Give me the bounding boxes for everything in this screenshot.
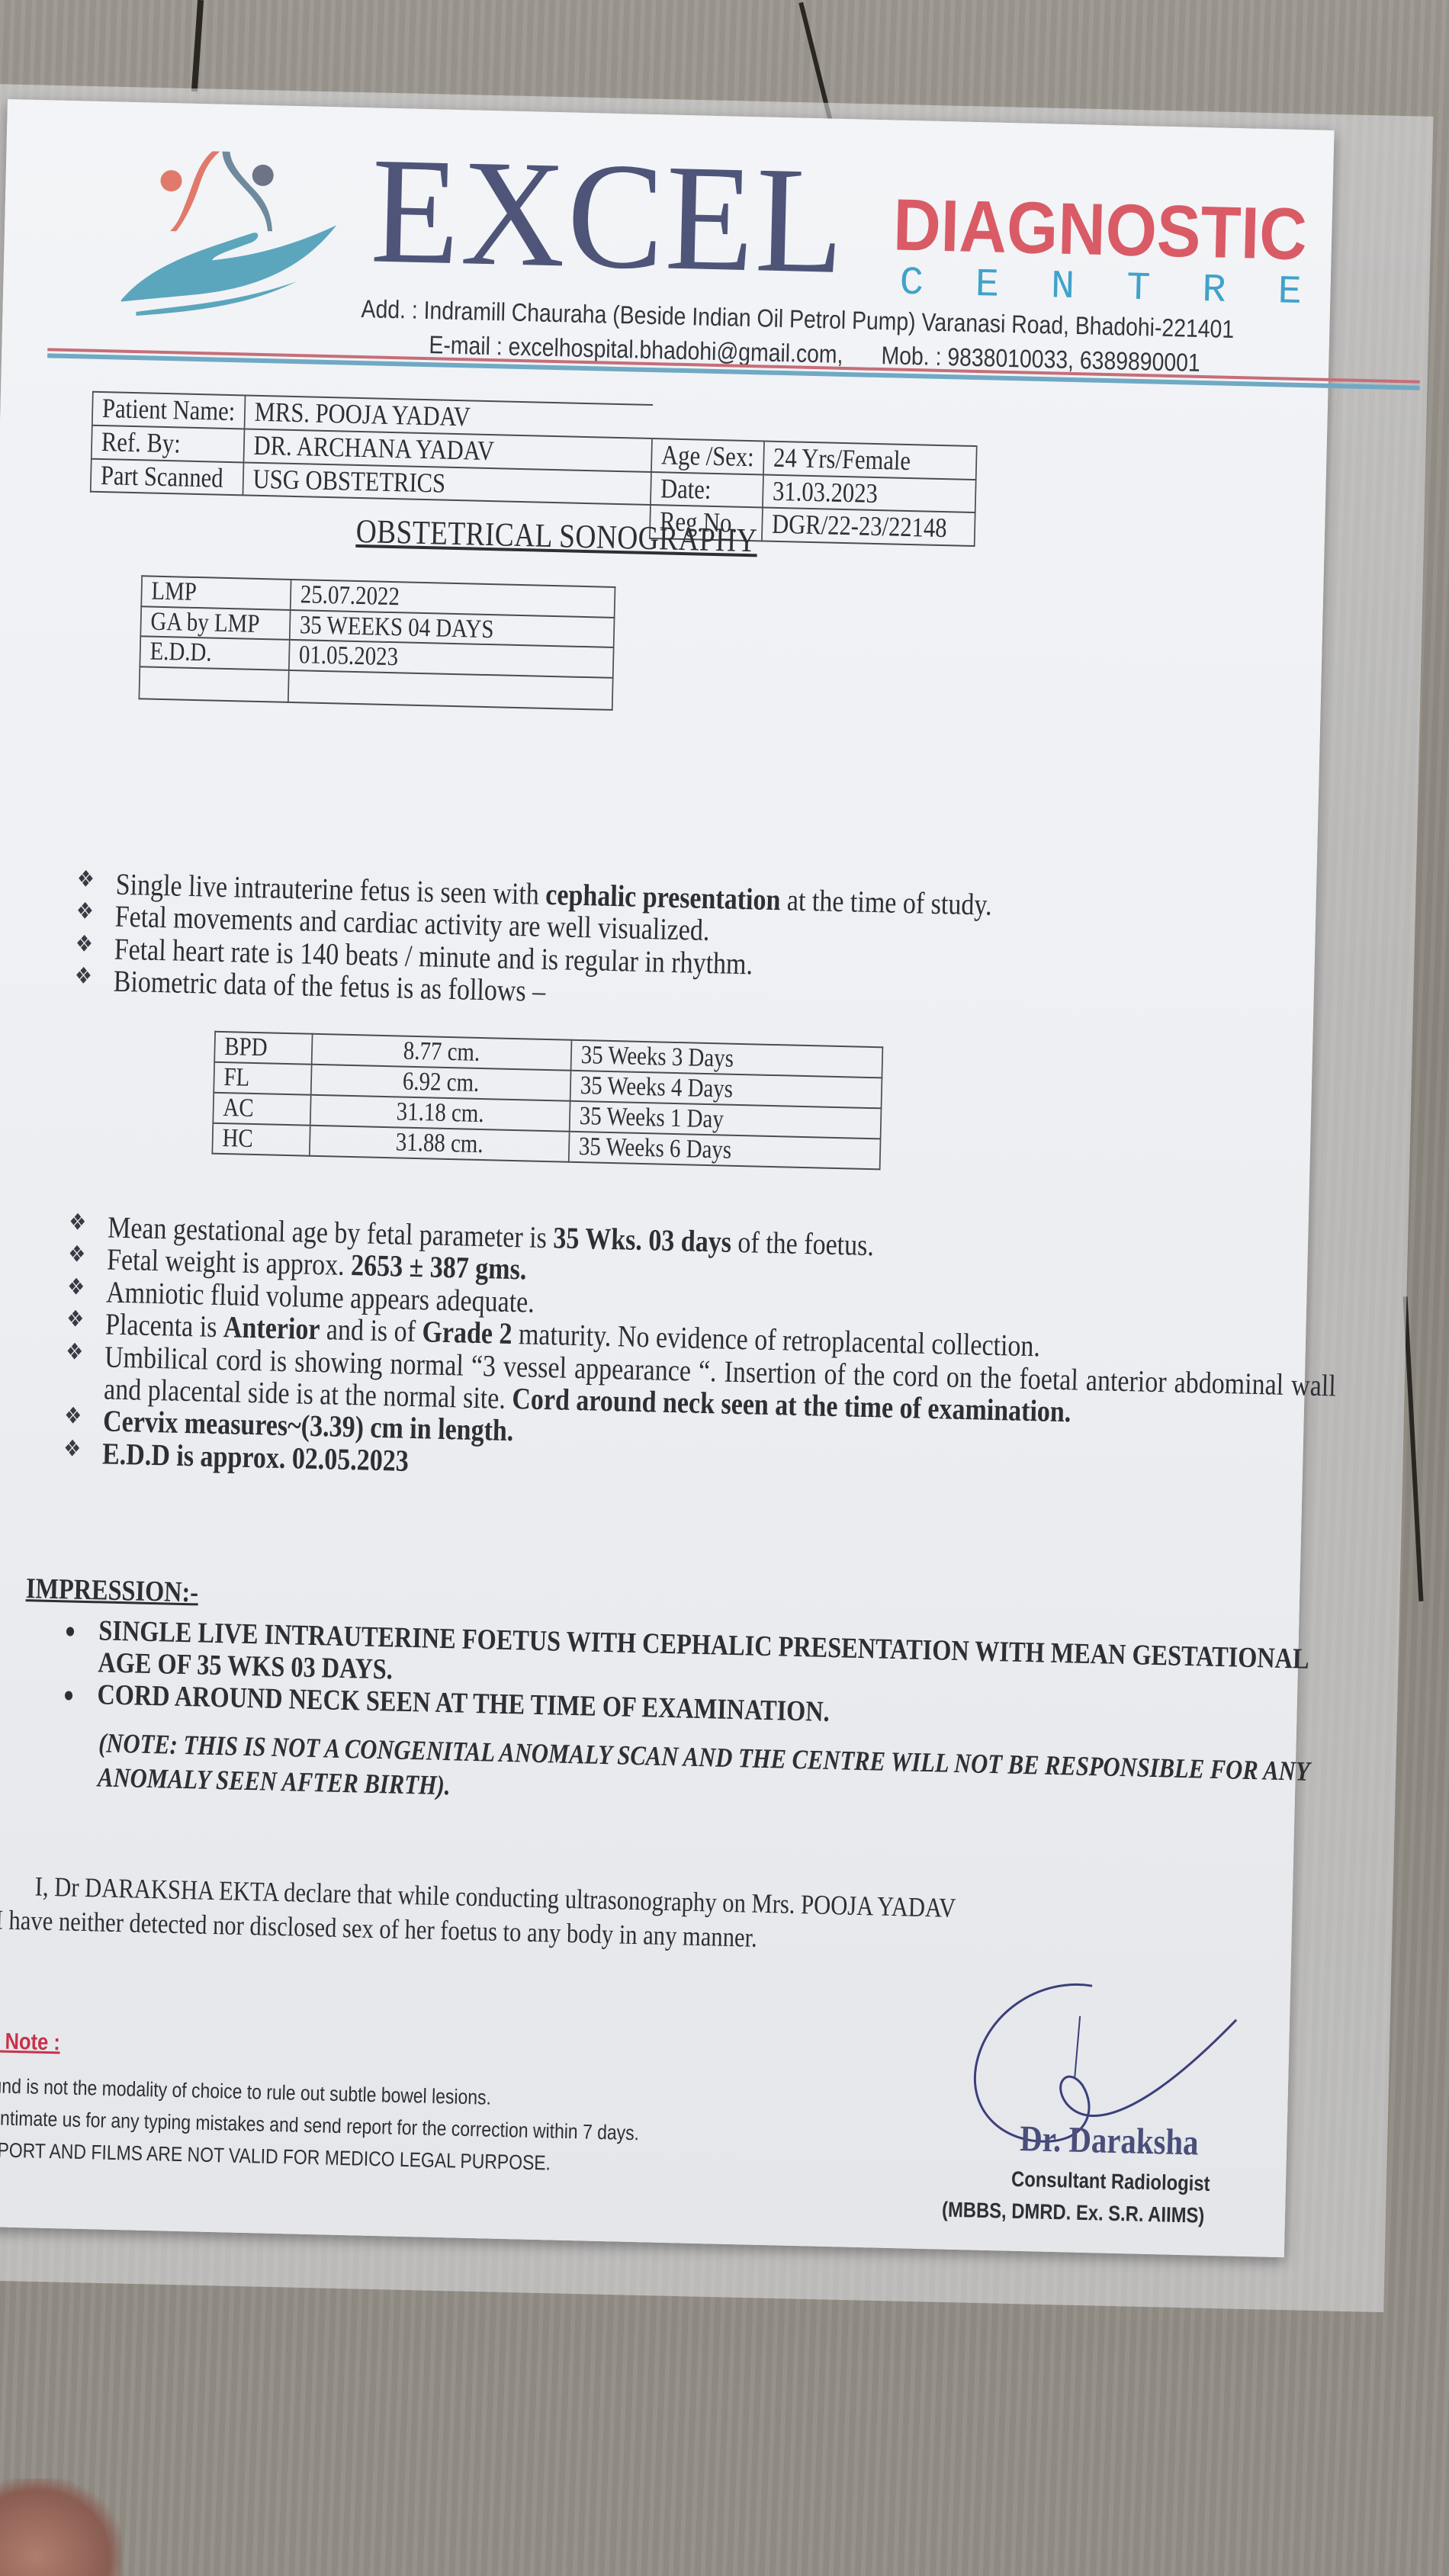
diamond-bullet-icon: ❖ [66,1307,85,1331]
wood-crack [191,0,204,92]
ga-label: GA by LMP [140,606,290,640]
part-scanned-label: Part Scanned [91,458,244,495]
radiologist-role: Consultant Radiologist [1011,2167,1210,2196]
diamond-bullet-icon: ❖ [68,1243,86,1267]
edd-label: E.D.D. [140,637,289,670]
brand-centre: CENTRE [899,264,1354,314]
diamond-bullet-icon: ❖ [67,1275,85,1299]
disclaimer-note: (NOTE: THIS IS NOT A CONGENITAL ANOMALY … [98,1726,1370,1824]
report-page: EXCEL DIAGNOSTIC CENTRE Add. : Indramill… [0,99,1335,2257]
logo-icon [105,132,361,329]
pcpndt-declaration: I, Dr DARAKSHA EKTA declare that while c… [0,1868,1325,1968]
reg-no: DGR/22-23/22148 [762,508,975,546]
kindly-note-heading: indly Note : [0,2028,60,2056]
diamond-bullet-icon: ❖ [64,1405,82,1429]
radiologist-name: Dr. Daraksha [1020,2118,1199,2164]
findings-list-bottom: ❖Mean gestational age by fetal parameter… [63,1210,1398,1500]
wood-crack [1403,1296,1424,1601]
brand-subtitle: DIAGNOSTIC [892,188,1308,271]
diamond-bullet-icon: ❖ [63,1437,82,1461]
impression-heading: IMPRESSION:- [25,1572,198,1609]
diamond-bullet-icon: ❖ [76,900,95,924]
diamond-bullet-icon: ❖ [66,1340,84,1364]
report-date: 31.03.2023 [763,474,976,512]
brand-name: EXCEL [369,135,847,298]
findings-list-top: ❖Single live intrauterine fetus is seen … [74,867,1406,1028]
kindly-note-lines: trasound is not the modality of choice t… [0,2070,640,2182]
impression-list: SINGLE LIVE INTRAUTERINE FOETUS WITH CEP… [61,1614,1333,1740]
lmp-label: LMP [141,576,291,609]
radiologist-qualification: (MBBS, DMRD. Ex. S.R. AIIMS) [942,2198,1205,2228]
finger [0,2478,122,2576]
date-label: Date: [651,472,763,508]
age-sex: 24 Yrs/Female [763,441,977,479]
diamond-bullet-icon: ❖ [75,965,93,989]
lmp-table: LMP25.07.2022 GA by LMP35 WEEKS 04 DAYS … [138,575,615,711]
diamond-bullet-icon: ❖ [77,867,95,891]
ref-by-label: Ref. By: [92,426,245,462]
biometry-table: BPD8.77 cm.35 Weeks 3 Days FL6.92 cm.35 … [211,1031,883,1171]
diamond-bullet-icon: ❖ [76,932,94,956]
patient-name-label: Patient Name: [92,392,246,429]
diamond-bullet-icon: ❖ [69,1210,87,1235]
age-sex-label: Age /Sex: [651,438,764,474]
